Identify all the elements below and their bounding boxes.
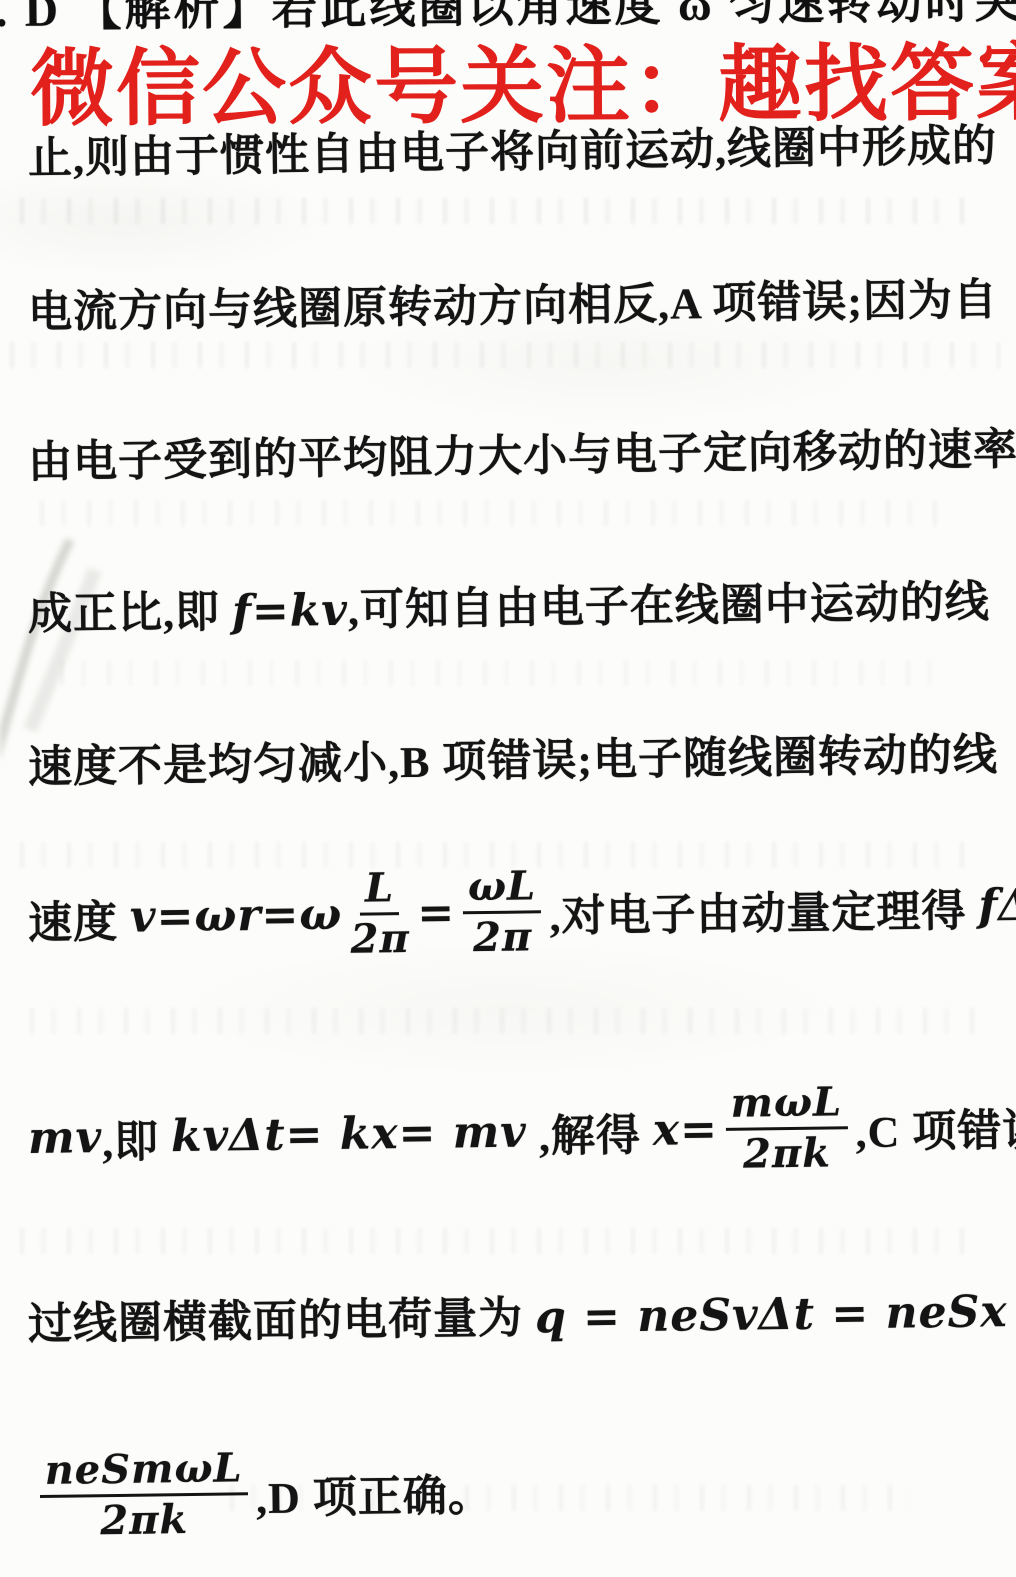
bleed-through-artifact: [30, 1008, 980, 1034]
bleed-through-artifact: [20, 1228, 980, 1254]
scanned-answer-page: { "document": { "header_clipped": ". D 【…: [0, 0, 1016, 1577]
text-segment: 过线圈横截面的电荷量为: [28, 1293, 536, 1349]
text-segment: ,解得: [526, 1098, 653, 1164]
fraction-denominator: 2π: [350, 915, 410, 961]
math-expression: kvΔt= kx= mv: [171, 1106, 527, 1162]
fraction: L 2π: [350, 867, 410, 961]
fraction-numerator: mωL: [725, 1081, 847, 1131]
bleed-through-artifact: [60, 660, 940, 686]
text-segment: ,C 项错误;通: [855, 1092, 1016, 1159]
math-expression: q = neSvΔt = neSx =: [535, 1285, 1016, 1343]
fraction-numerator: neSmωL: [39, 1447, 248, 1498]
text-segment: ,D 项正确。: [256, 1459, 494, 1526]
text-segment: 成正比,即: [28, 587, 233, 639]
fraction-denominator: 2πk: [100, 1496, 188, 1542]
solution-line-4: 成正比,即 f=kv,可知自由电子在线圈中运动的线: [28, 565, 991, 642]
fraction-denominator: 2π: [473, 913, 533, 959]
math-expression: mv: [28, 1112, 103, 1164]
math-expression: f=kv: [232, 585, 349, 638]
fraction: neSmωL 2πk: [39, 1447, 248, 1543]
solution-line-3: 由电子受到的平均阻力大小与电子定向移动的速率: [28, 413, 1016, 490]
bleed-through-artifact: [40, 500, 940, 526]
text-segment: 速度: [28, 885, 131, 950]
bleed-through-artifact: [20, 198, 980, 224]
solution-line-1: 止,则由于惯性自由电子将向前运动,线圈中形成的: [28, 109, 998, 186]
fraction: mωL 2πk: [725, 1081, 848, 1176]
equals-sign: =: [417, 887, 456, 938]
solution-line-6: 速度 v=ωr=ω L 2π = ωL 2π ,对电子由动量定理得 fΔt=: [27, 858, 1016, 965]
fraction: ωL 2π: [463, 865, 542, 959]
bleed-through-artifact: [10, 342, 1000, 368]
math-expression: v=ωr=ω: [130, 889, 343, 943]
math-expression: fΔt=: [978, 879, 1016, 931]
solution-line-9: neSmωL 2πk ,D 项正确。: [39, 1444, 493, 1543]
fraction-denominator: 2πk: [743, 1129, 831, 1175]
solution-line-5: 速度不是均匀减小,B 项错误;电子随线圈转动的线: [28, 718, 999, 795]
text-segment: ,可知自由电子在线圈中运动的线: [348, 577, 991, 634]
fraction-numerator: L: [360, 867, 400, 916]
math-expression: x=: [652, 1104, 718, 1156]
text-segment: ,即: [102, 1105, 172, 1170]
solution-line-8: 过线圈横截面的电荷量为 q = neSvΔt = neSx =: [28, 1274, 1016, 1352]
text-segment: ,对电子由动量定理得: [549, 874, 979, 944]
solution-line-2: 电流方向与线圈原转动方向相反,A 项错误;因为自: [28, 263, 999, 340]
fraction-numerator: ωL: [463, 865, 542, 914]
solution-line-7: mv ,即 kvΔt= kx= mv ,解得 x= mωL 2πk ,C 项错误…: [27, 1078, 1016, 1185]
